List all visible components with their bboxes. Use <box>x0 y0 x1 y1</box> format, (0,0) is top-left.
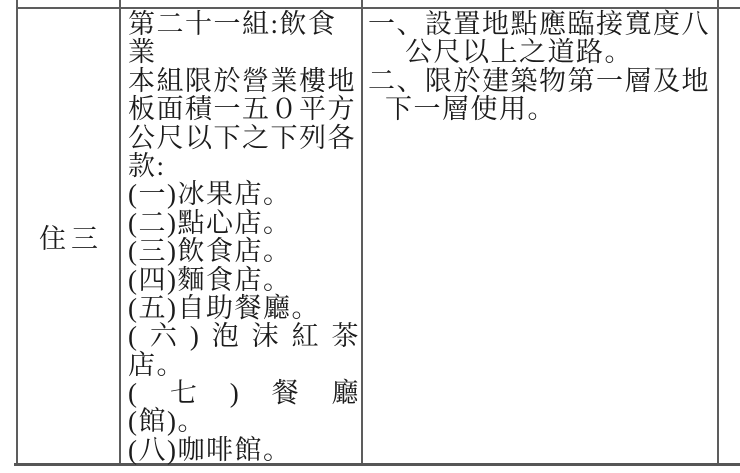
use-group-line: 板面積一五０平方 <box>128 95 360 123</box>
use-group-line: (五)自助餐廳。 <box>128 294 360 322</box>
table-border-right <box>717 0 719 465</box>
zone-label: 住三 <box>34 217 103 256</box>
use-group-line: (八)咖啡館。 <box>128 436 360 464</box>
condition-line: 二、限於建築物第一層及地 <box>368 67 713 95</box>
use-group-line: (二)點心店。 <box>128 209 360 237</box>
table-divider-use <box>361 0 363 465</box>
use-group-line: (館)。 <box>128 407 360 435</box>
conditions-cell: 一、設置地點應臨接寬度八 公尺以上之道路。 二、限於建築物第一層及地 下一層使用… <box>368 10 713 124</box>
use-group-line: (四)麵食店。 <box>128 266 360 294</box>
condition-line: 下一層使用。 <box>368 95 713 123</box>
use-group-line: 業 <box>128 38 360 66</box>
use-group-line: (三)飲食店。 <box>128 237 360 265</box>
table-divider-zone <box>119 0 121 465</box>
use-group-line: (七)餐廳 <box>128 379 360 407</box>
use-group-line: 公尺以下之下列各 <box>128 124 360 152</box>
condition-line: 公尺以上之道路。 <box>368 38 713 66</box>
use-group-line: (一)冰果店。 <box>128 180 360 208</box>
use-group-line: 店。 <box>128 351 360 379</box>
use-group-line: 本組限於營業樓地 <box>128 67 360 95</box>
use-group-line: 款: <box>128 152 360 180</box>
use-group-line: 第二十一組:飲食 <box>128 10 360 38</box>
use-group-line: (六)泡沫紅茶 <box>128 322 360 350</box>
zone-cell: 住三 <box>18 10 119 463</box>
table-row-bottom-border <box>14 463 740 466</box>
condition-line: 一、設置地點應臨接寬度八 <box>368 10 713 38</box>
document-page: 住三 第二十一組:飲食 業 本組限於營業樓地 板面積一五０平方 公尺以下之下列各… <box>0 0 740 473</box>
use-group-cell: 第二十一組:飲食 業 本組限於營業樓地 板面積一五０平方 公尺以下之下列各 款:… <box>128 10 360 464</box>
